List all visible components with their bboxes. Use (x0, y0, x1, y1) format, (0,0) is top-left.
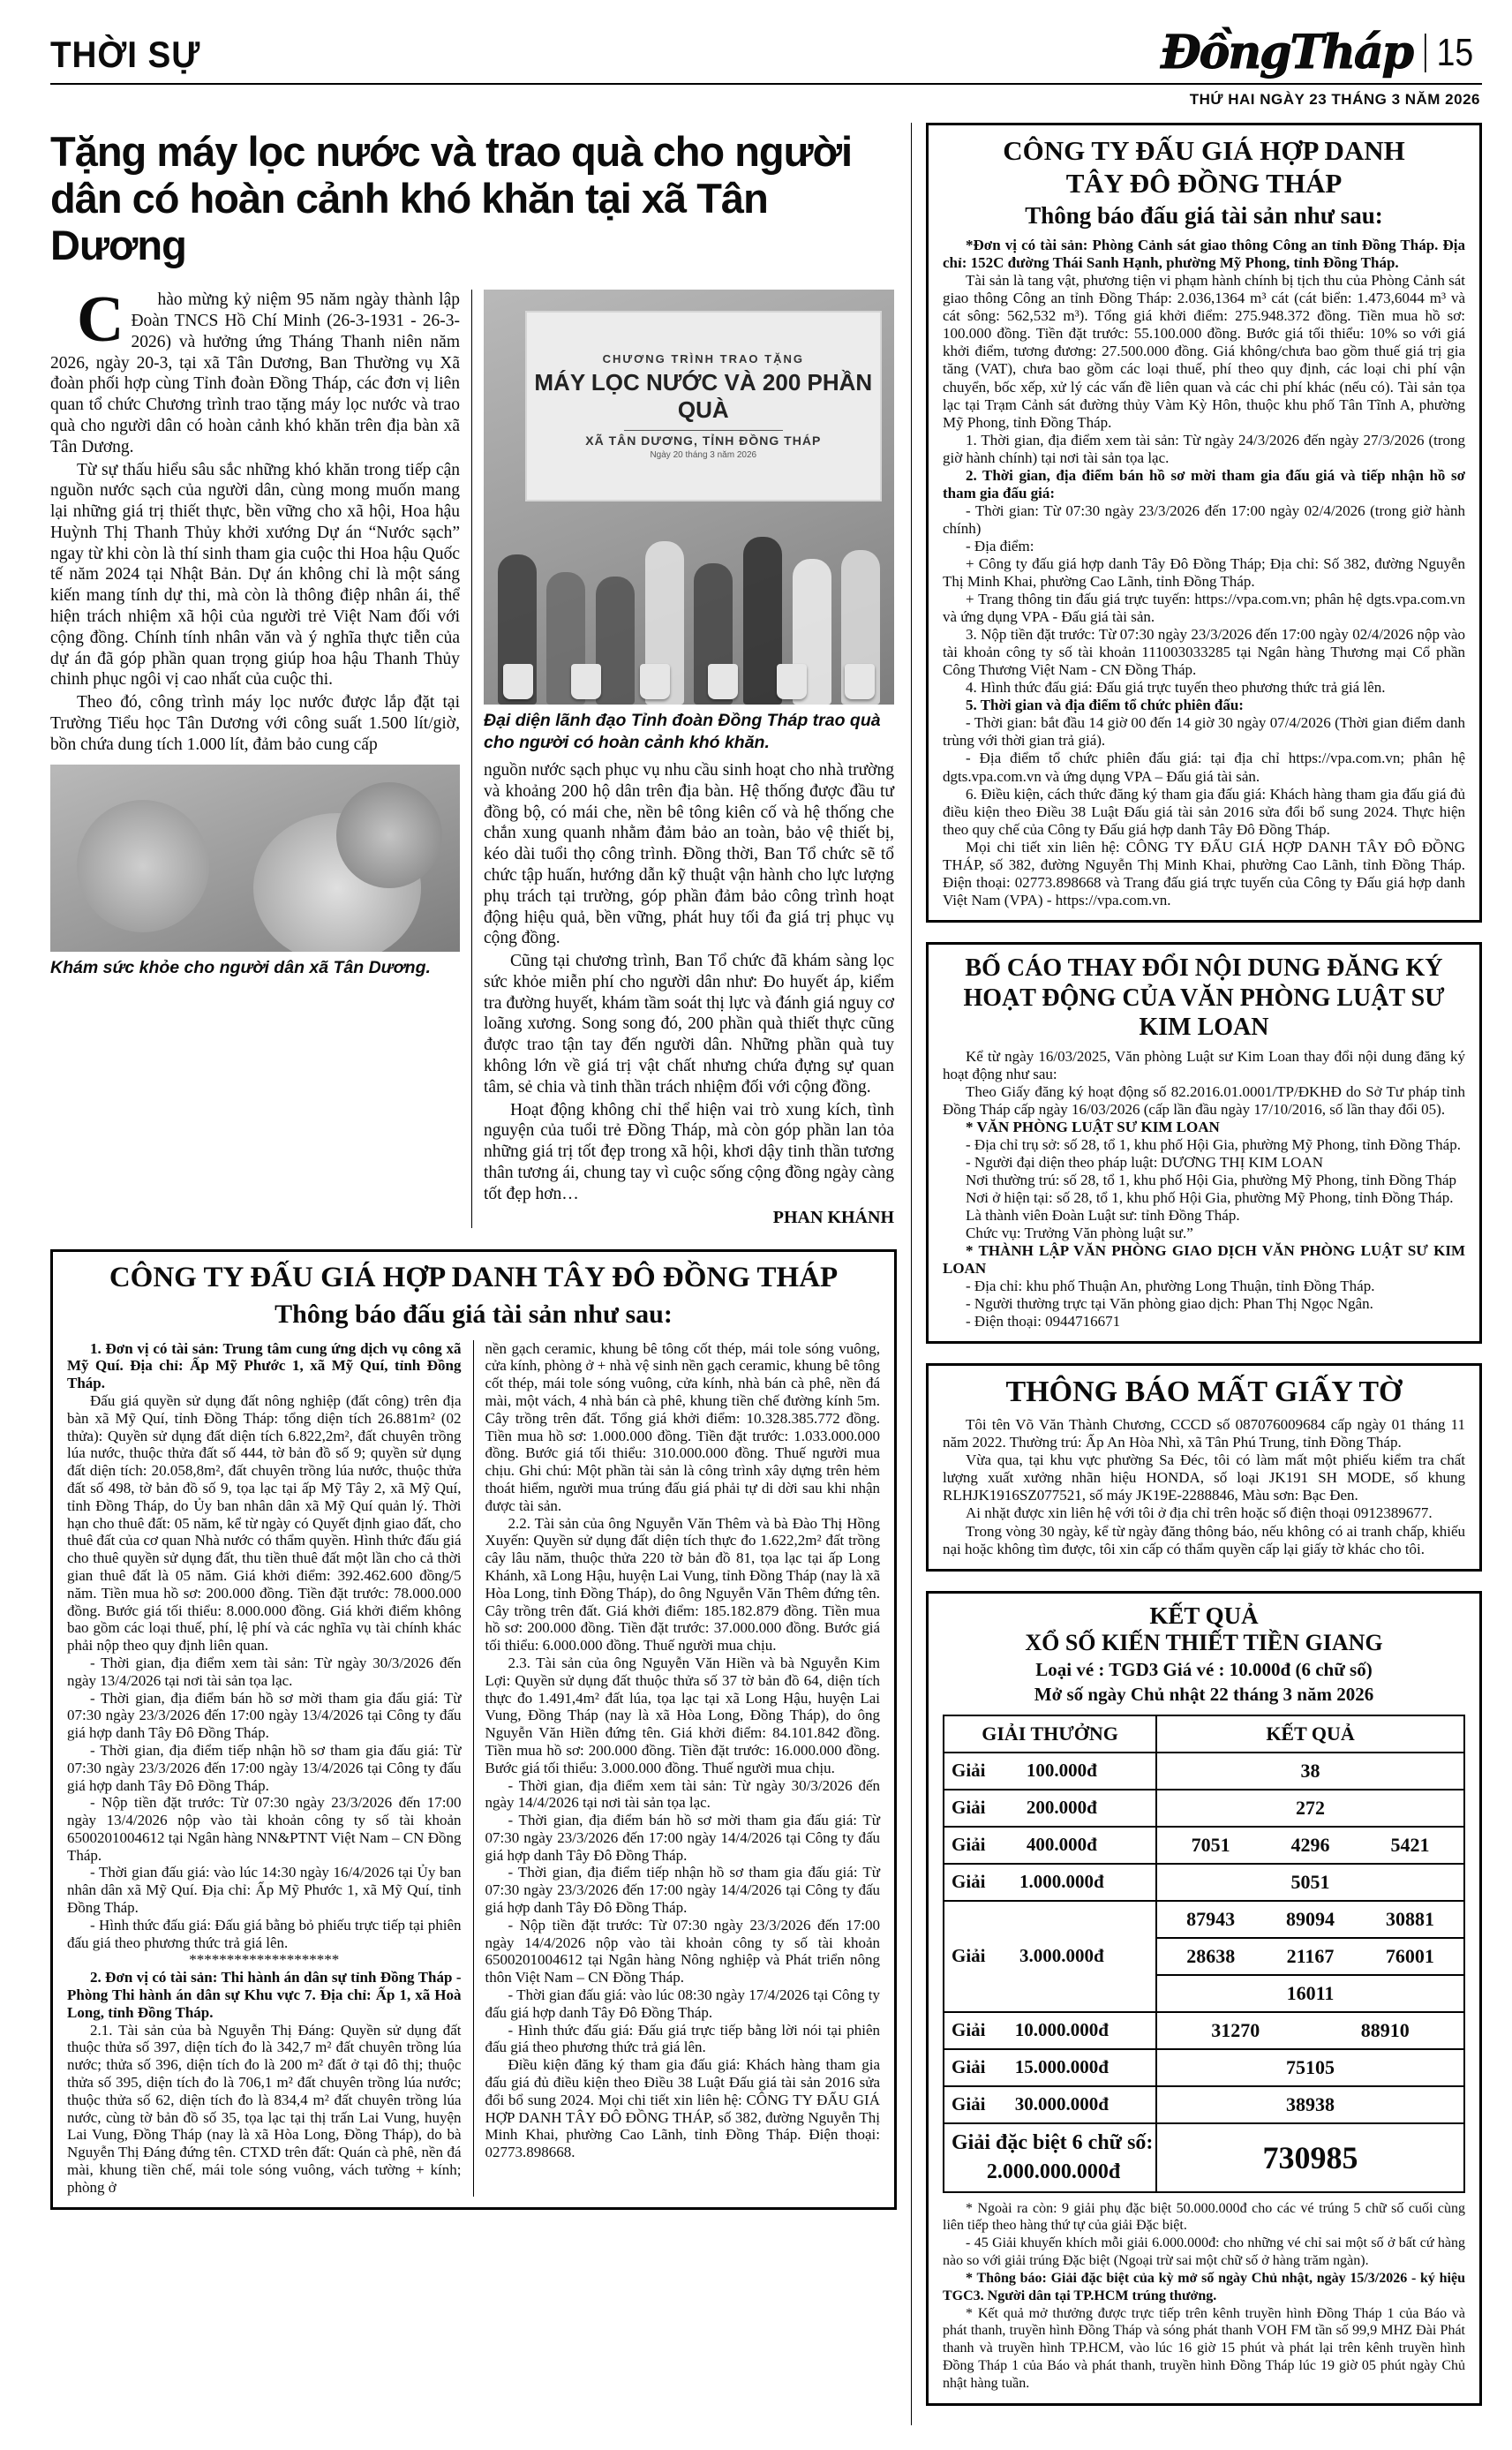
paragraph: * THÀNH LẬP VĂN PHÒNG GIAO DỊCH VĂN PHÒN… (943, 1242, 1465, 1278)
paragraph: - Nộp tiền đặt trước: Từ 07:30 ngày 23/3… (485, 1917, 881, 1986)
paragraph: Đấu giá quyền sử dụng đất nông nghiệp (đ… (67, 1392, 462, 1655)
paragraph: - Thời gian: bắt đầu 14 giờ 00 đến 14 gi… (943, 714, 1465, 750)
paragraph: - Người đại diện theo pháp luật: DƯƠNG T… (943, 1154, 1465, 1172)
lost-papers-notice: THÔNG BÁO MẤT GIẤY TỜ Tôi tên Võ Văn Thà… (926, 1363, 1482, 1571)
paragraph: Kể từ ngày 16/03/2025, Văn phòng Luật sư… (943, 1048, 1465, 1083)
notice-title: BỐ CÁO THAY ĐỔI NỘI DUNG ĐĂNG KÝ (943, 954, 1465, 984)
result-number: 76001 (1386, 1945, 1434, 1968)
special-prize-label: Giải đặc biệt 6 chữ số: (952, 2131, 1153, 2155)
lottery-title: KẾT QUẢ (943, 1602, 1465, 1630)
notice-subtitle: Thông báo đấu giá tài sản như sau: (943, 201, 1465, 231)
prize-label: Giải (952, 2019, 986, 2041)
result-number: 38938 (1286, 2093, 1335, 2116)
paragraph: 4. Hình thức đấu giá: Đấu giá trực tuyến… (943, 679, 1465, 697)
paragraph: 2. Thời gian, địa điểm bán hồ sơ mời tha… (943, 467, 1465, 502)
photo-shape (336, 782, 442, 888)
paragraph: 2.3. Tài sản của ông Nguyễn Văn Hiền và … (485, 1655, 881, 1777)
banner-line: CHƯƠNG TRÌNH TRAO TẶNG (603, 352, 804, 366)
newspaper-page: THỜI SỰ ĐồngTháp 15 THỨ HAI NGÀY 23 THÁN… (0, 0, 1512, 2450)
paragraph: + Công ty đấu giá hợp danh Tây Đô Đồng T… (943, 555, 1465, 591)
table-row: Giải30.000.000đ 38938 (944, 2085, 1463, 2122)
section-title: THỜI SỰ (50, 34, 200, 76)
gift-bags-row (484, 664, 894, 699)
paragraph: 3. Nộp tiền đặt trước: Từ 07:30 ngày 23/… (943, 626, 1465, 679)
paragraph: - Thời gian, địa điểm tiếp nhận hồ sơ th… (67, 1742, 462, 1794)
paragraph: 1. Đơn vị có tài sản: Trung tâm cung ứng… (67, 1340, 462, 1392)
note: - 45 Giải khuyến khích mỗi giải 6.000.00… (943, 2235, 1465, 2270)
paragraph: Từ sự thấu hiểu sâu sắc những khó khăn t… (50, 460, 460, 691)
prize-label: Giải (952, 2093, 986, 2115)
paragraph: - Địa chỉ: khu phố Thuận An, phường Long… (943, 1278, 1465, 1295)
paragraph: - Thời gian, địa điểm xem tài sản: Từ ng… (485, 1777, 881, 1813)
result-subrow: 16011 (1157, 1974, 1463, 2011)
photo-gift-ceremony: CHƯƠNG TRÌNH TRAO TẶNG MÁY LỌC NƯỚC VÀ 2… (484, 290, 894, 705)
notice-column-right: nền gạch ceramic, khung bê tông cốt thép… (474, 1340, 881, 2197)
notice-title: CÔNG TY ĐẤU GIÁ HỢP DANH (943, 134, 1465, 167)
article-byline: PHAN KHÁNH (484, 1208, 894, 1228)
result-number: 87943 (1186, 1908, 1235, 1931)
gift-bag (708, 664, 738, 699)
date-line: THỨ HAI NGÀY 23 THÁNG 3 NĂM 2026 (50, 85, 1482, 123)
article-column-2: CHƯƠNG TRÌNH TRAO TẶNG MÁY LỌC NƯỚC VÀ 2… (472, 290, 894, 1228)
paragraph: 1. Thời gian, địa điểm xem tài sản: Từ n… (943, 432, 1465, 467)
note: * Kết quả mở thưởng được trực tiếp trên … (943, 2305, 1465, 2393)
paragraph: 2. Đơn vị có tài sản: Thi hành án dân sự… (67, 1969, 462, 2021)
gift-bag (777, 664, 807, 699)
banner-line: MÁY LỌC NƯỚC VÀ 200 PHẦN QUÀ (525, 369, 883, 424)
paragraph: Ai nhặt được xin liên hệ với tôi ở địa c… (943, 1504, 1465, 1522)
notice-column-left: 1. Đơn vị có tài sản: Trung tâm cung ứng… (67, 1340, 474, 2197)
paragraph: Nơi thường trú: số 28, tổ 1, khu phố Hội… (943, 1172, 1465, 1189)
paragraph: Điều kiện đăng ký tham gia đấu giá: Khác… (485, 2056, 881, 2161)
paragraph: - Thời gian, địa điểm bán hồ sơ mời tham… (485, 1812, 881, 1864)
notice-subtitle: Thông báo đấu giá tài sản như sau: (67, 1298, 880, 1331)
special-result-number: 730985 (1263, 2139, 1358, 2176)
photo-health-check (50, 765, 460, 952)
result-number: 89094 (1286, 1908, 1335, 1931)
notice-title: HOẠT ĐỘNG CỦA VĂN PHÒNG LUẬT SƯ KIM LOAN (943, 984, 1465, 1043)
paragraph: - Hình thức đấu giá: Đấu giá bằng bỏ phi… (67, 1917, 462, 1952)
paragraph: - Thời gian, địa điểm bán hồ sơ mời tham… (67, 1690, 462, 1742)
prize-label: Giải (952, 1797, 986, 1819)
result-number: 30881 (1386, 1908, 1434, 1931)
prize-amount: 30.000.000đ (986, 2093, 1156, 2115)
notice-title: TÂY ĐÔ ĐỒNG THÁP (943, 167, 1465, 200)
paragraph: Mọi chi tiết xin liên hệ: CÔNG TY ĐẤU GI… (943, 839, 1465, 909)
paragraph: - Điện thoại: 0944716671 (943, 1313, 1465, 1331)
note: * Thông báo: Giải đặc biệt của kỳ mở số … (943, 2270, 1465, 2305)
result-number: 28638 (1186, 1945, 1235, 1968)
paragraph: Chào mừng kỷ niệm 95 năm ngày thành lập … (50, 290, 460, 457)
paragraph: Cũng tại chương trình, Ban Tổ chức đã kh… (484, 951, 894, 1097)
page-header: THỜI SỰ ĐồngTháp 15 (50, 30, 1482, 85)
paragraph: Hoạt động không chỉ thể hiện vai trò xun… (484, 1100, 894, 1205)
gift-bag (845, 664, 875, 699)
paragraph: Nơi ở hiện tại: số 28, tổ 1, khu phố Hội… (943, 1189, 1465, 1207)
special-prize-amount: 2.000.000.000đ (987, 2160, 1120, 2184)
result-number: 5051 (1291, 1871, 1330, 1894)
prize-amount: 10.000.000đ (986, 2019, 1156, 2041)
photo2-caption: Khám sức khỏe cho người dân xã Tân Dương… (50, 957, 460, 978)
prize-label: Giải (952, 1871, 986, 1893)
paragraph: + Trang thông tin đấu giá trực tuyến: ht… (943, 591, 1465, 626)
result-number: 88910 (1361, 2019, 1410, 2042)
separator-stars: ******************** (67, 1951, 462, 1969)
result-number: 7051 (1192, 1834, 1230, 1857)
paragraph: - Thời gian đấu giá: vào lúc 08:30 ngày … (485, 1986, 881, 2022)
banner-divider (624, 430, 783, 431)
column-header-result: KẾT QUẢ (1157, 1716, 1463, 1752)
page-number: 15 (1425, 34, 1473, 72)
result-subrow: 28638 21167 76001 (1157, 1937, 1463, 1974)
paragraph: - Địa chỉ trụ sở: số 28, tổ 1, khu phố H… (943, 1136, 1465, 1154)
masthead: ĐồngTháp 15 (1161, 30, 1482, 76)
gift-bag (640, 664, 670, 699)
prize-amount: 200.000đ (986, 1797, 1156, 1819)
law-office-announcement: BỐ CÁO THAY ĐỔI NỘI DUNG ĐĂNG KÝ HOẠT ĐỘ… (926, 942, 1482, 1345)
masthead-logo: ĐồngTháp (1161, 30, 1425, 76)
paragraph: Trong vòng 30 ngày, kể từ ngày đăng thôn… (943, 1523, 1465, 1558)
banner-line: XÃ TÂN DƯƠNG, TỈNH ĐỒNG THÁP (585, 433, 821, 448)
paragraph: Vừa qua, tại khu vực phường Sa Đéc, tôi … (943, 1451, 1465, 1504)
result-number: 5421 (1391, 1834, 1430, 1857)
result-number: 16011 (1287, 1982, 1335, 2005)
paragraph: nền gạch ceramic, khung bê tông cốt thép… (485, 1340, 881, 1515)
photo1-caption: Đại diện lãnh đạo Tỉnh đoàn Đồng Tháp tr… (484, 710, 894, 753)
notice-title: THÔNG BÁO MẤT GIẤY TỜ (943, 1375, 1465, 1411)
prize-label: Giải (952, 1834, 986, 1856)
paragraph: Theo Giấy đăng ký hoạt động số 82.2016.0… (943, 1083, 1465, 1119)
table-row-special-prize: Giải đặc biệt 6 chữ số: 2.000.000.000đ 7… (944, 2122, 1463, 2191)
result-number: 38 (1301, 1760, 1320, 1783)
result-number: 4296 (1291, 1834, 1330, 1857)
paragraph: - Hình thức đấu giá: Đấu giá trực tiếp b… (485, 2022, 881, 2057)
auction-notice-main: CÔNG TY ĐẤU GIÁ HỢP DANH TÂY ĐÔ ĐỒNG THÁ… (50, 1249, 897, 2209)
lottery-draw-date: Mở số ngày Chủ nhật 22 tháng 3 năm 2026 (943, 1684, 1465, 1706)
paragraph: 2.1. Tài sản của bà Nguyễn Thị Đáng: Quy… (67, 2022, 462, 2197)
paragraph: - Thời gian: Từ 07:30 ngày 23/3/2026 đến… (943, 502, 1465, 538)
result-number: 75105 (1286, 2056, 1335, 2079)
table-row: Giải100.000đ 38 (944, 1752, 1463, 1789)
table-header-row: GIẢI THƯỞNG KẾT QUẢ (944, 1716, 1463, 1752)
lottery-results: KẾT QUẢ XỔ SỐ KIẾN THIẾT TIỀN GIANG Loại… (926, 1591, 1482, 2406)
paragraph: Theo đó, công trình máy lọc nước được lắ… (50, 692, 460, 755)
article-column-1: Chào mừng kỷ niệm 95 năm ngày thành lập … (50, 290, 472, 1228)
paragraph: 6. Điều kiện, cách thức đăng ký tham gia… (943, 786, 1465, 839)
lottery-ticket-info: Loại vé : TGD3 Giá vé : 10.000đ (6 chữ s… (943, 1659, 1465, 1681)
table-row: Giải400.000đ 7051 4296 5421 (944, 1826, 1463, 1863)
photo-shape (77, 800, 209, 932)
prize-label: Giải (952, 1760, 986, 1782)
paragraph: *Đơn vị có tài sản: Phòng Cảnh sát giao … (943, 237, 1465, 272)
paragraph: - Thời gian, địa điểm xem tài sản: Từ ng… (67, 1655, 462, 1690)
table-row: Giải15.000.000đ 75105 (944, 2048, 1463, 2085)
paragraph: Tài sản là tang vật, phương tiện vi phạm… (943, 272, 1465, 431)
paragraph: Là thành viên Đoàn Luật sư: tỉnh Đồng Th… (943, 1207, 1465, 1225)
event-banner: CHƯƠNG TRÌNH TRAO TẶNG MÁY LỌC NƯỚC VÀ 2… (525, 311, 883, 501)
paragraph: Chức vụ: Trưởng Văn phòng luật sư.” (943, 1225, 1465, 1242)
table-row: Giải200.000đ 272 (944, 1789, 1463, 1826)
paragraph: - Địa điểm tổ chức phiên đấu giá: tại đị… (943, 750, 1465, 785)
paragraph: 2.2. Tài sản của ông Nguyễn Văn Thêm và … (485, 1515, 881, 1655)
note: * Ngoài ra còn: 9 giải phụ đặc biệt 50.0… (943, 2200, 1465, 2235)
paragraph: nguồn nước sạch phục vụ nhu cầu sinh hoạ… (484, 760, 894, 949)
article-body: Chào mừng kỷ niệm 95 năm ngày thành lập … (50, 290, 897, 1228)
paragraph: - Thời gian, địa điểm tiếp nhận hồ sơ th… (485, 1864, 881, 1916)
result-number: 272 (1296, 1797, 1325, 1820)
paragraph: 5. Thời gian và địa điểm tổ chức phiên đ… (943, 697, 1465, 714)
paragraph: - Nộp tiền đặt trước: Từ 07:30 ngày 23/3… (67, 1794, 462, 1864)
lottery-notes: * Ngoài ra còn: 9 giải phụ đặc biệt 50.0… (943, 2200, 1465, 2393)
gift-bag (503, 664, 533, 699)
article-headline: Tặng máy lọc nước và trao quà cho người … (50, 128, 897, 268)
paragraph: * VĂN PHÒNG LUẬT SƯ KIM LOAN (943, 1119, 1465, 1136)
paragraph: - Thời gian đấu giá: vào lúc 14:30 ngày … (67, 1864, 462, 1916)
table-row: Giải3.000.000đ 87943 89094 30881 28638 2… (944, 1900, 1463, 2011)
table-row: Giải10.000.000đ 31270 88910 (944, 2011, 1463, 2048)
sidebar-column: CÔNG TY ĐẤU GIÁ HỢP DANH TÂY ĐÔ ĐỒNG THÁ… (911, 123, 1482, 2425)
prize-amount: 400.000đ (986, 1834, 1156, 1856)
paragraph: - Người thường trực tại Văn phòng giao d… (943, 1295, 1465, 1313)
paragraph: Tôi tên Võ Văn Thành Chương, CCCD số 087… (943, 1416, 1465, 1451)
result-number: 21167 (1287, 1945, 1335, 1968)
lottery-table: GIẢI THƯỞNG KẾT QUẢ Giải100.000đ 38 Giải… (943, 1715, 1465, 2193)
lottery-subtitle: XỔ SỐ KIẾN THIẾT TIỀN GIANG (943, 1630, 1465, 1656)
notice-title: CÔNG TY ĐẤU GIÁ HỢP DANH TÂY ĐÔ ĐỒNG THÁ… (67, 1261, 880, 1296)
column-header-prize: GIẢI THƯỞNG (944, 1716, 1157, 1752)
prize-amount: 15.000.000đ (986, 2056, 1156, 2078)
prize-amount: 100.000đ (986, 1760, 1156, 1782)
prize-label: Giải (952, 2056, 986, 2078)
gift-bag (571, 664, 601, 699)
banner-line: Ngày 20 tháng 3 năm 2026 (650, 450, 756, 460)
paragraph: - Địa điểm: (943, 538, 1465, 555)
result-subrow: 87943 89094 30881 (1157, 1902, 1463, 1937)
prize-amount: 1.000.000đ (986, 1871, 1156, 1893)
table-row: Giải1.000.000đ 5051 (944, 1863, 1463, 1900)
prize-amount: 3.000.000đ (986, 1945, 1156, 1967)
prize-label: Giải (952, 1945, 986, 1967)
result-number: 31270 (1211, 2019, 1260, 2042)
main-column: Tặng máy lọc nước và trao quà cho người … (50, 123, 911, 2425)
auction-notice-side: CÔNG TY ĐẤU GIÁ HỢP DANH TÂY ĐÔ ĐỒNG THÁ… (926, 123, 1482, 923)
